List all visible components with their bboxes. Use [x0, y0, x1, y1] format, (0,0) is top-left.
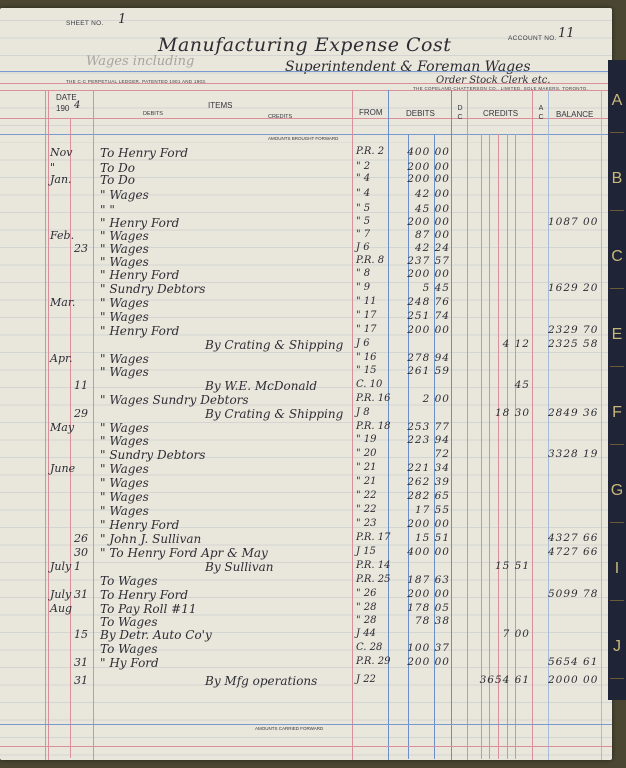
row-from: J 8 — [356, 407, 370, 418]
col-items-credits: CREDITS — [268, 114, 292, 120]
row-debit: 237 57 — [392, 255, 450, 267]
row-from: P.R. 18 — [356, 421, 391, 432]
col-dc: D C — [456, 104, 464, 122]
row-balance: 5654 61 — [548, 656, 598, 668]
row-item: " To Henry Ford Apr & May — [100, 546, 268, 560]
row-credit-item: By Sullivan — [205, 560, 274, 574]
rule-credits-sub5 — [515, 134, 516, 759]
col-ac: A C — [537, 104, 545, 122]
ledger-patent: THE C-C PERPETUAL LEDGER. PATENTED 1901 … — [66, 79, 207, 84]
row-from: " 17 — [356, 324, 377, 335]
row-item: " Wages — [100, 255, 149, 269]
row-item: " Wages — [100, 365, 149, 379]
spine-tab-c[interactable]: C — [610, 226, 624, 289]
row-debit: 42 24 — [392, 242, 450, 254]
row-item: " Sundry Debtors — [100, 448, 205, 462]
row-item: " Henry Ford — [100, 268, 179, 282]
row-from: " 20 — [356, 448, 377, 459]
row-item: " Wages — [100, 242, 149, 256]
row-month: Apr. — [50, 352, 73, 365]
row-item: To Wages — [100, 615, 158, 629]
row-item: " Wages — [100, 229, 149, 243]
row-day: 30 — [74, 546, 88, 559]
row-item: " Wages — [100, 490, 149, 504]
row-item: " Wages — [100, 296, 149, 310]
row-day: 15 — [74, 628, 88, 641]
row-month: July — [50, 560, 71, 573]
rule-balance-end — [601, 90, 602, 760]
row-debit: 100 37 — [392, 642, 450, 654]
row-from: P.R. 29 — [356, 656, 391, 667]
row-debit: 17 55 — [392, 504, 450, 516]
row-day: 11 — [74, 379, 88, 392]
row-debit: 253 77 — [392, 421, 450, 433]
row-from: C. 28 — [356, 642, 382, 653]
row-from: J 44 — [356, 628, 376, 639]
row-debit: 200 00 — [392, 173, 450, 185]
row-from: J 15 — [356, 546, 376, 557]
row-day: 31 — [74, 656, 88, 669]
col-year: 190 — [56, 104, 69, 113]
rule-credits-sub1 — [481, 134, 482, 759]
row-month: Jan. — [50, 173, 72, 186]
row-item: To Do — [100, 173, 135, 187]
row-debit: 261 59 — [392, 365, 450, 377]
row-from: " 7 — [356, 229, 370, 240]
row-from: " 15 — [356, 365, 377, 376]
row-from: " 19 — [356, 434, 377, 445]
spine-tab-f[interactable]: F — [610, 382, 624, 445]
row-debit: 200 00 — [392, 324, 450, 336]
row-from: " 16 — [356, 352, 377, 363]
row-balance: 2325 58 — [548, 338, 598, 350]
row-item: " Wages — [100, 434, 149, 448]
row-debit: 278 94 — [392, 352, 450, 364]
row-from: " 2 — [356, 161, 370, 172]
row-day: 31 — [74, 588, 88, 601]
row-balance: 2329 70 — [548, 324, 598, 336]
row-debit: 200 00 — [392, 656, 450, 668]
rule-margin-2 — [48, 90, 49, 760]
row-from: P.R. 17 — [356, 532, 391, 543]
row-balance: 5099 78 — [548, 588, 598, 600]
col-items-debits: DEBITS — [143, 111, 163, 117]
row-item: " Wages Sundry Debtors — [100, 393, 249, 407]
col-header-bottom — [0, 134, 612, 135]
row-from: " 4 — [356, 188, 370, 199]
row-from: P.R. 8 — [356, 255, 384, 266]
row-from: C. 10 — [356, 379, 382, 390]
row-debit: 282 65 — [392, 490, 450, 502]
col-debits: DEBITS — [406, 109, 435, 118]
row-item: " Henry Ford — [100, 216, 179, 230]
spine-tab-e[interactable]: E — [610, 304, 624, 367]
row-from: " 17 — [356, 310, 377, 321]
header-rule — [0, 71, 612, 72]
row-item: " John J. Sullivan — [100, 532, 201, 546]
rule-dc-end — [467, 90, 468, 760]
row-month: Nov — [50, 146, 72, 159]
row-item: " Hy Ford — [100, 656, 159, 670]
row-from: " 28 — [356, 615, 377, 626]
account-title: Manufacturing Expense Cost — [158, 34, 451, 56]
rule-debits-end — [451, 90, 452, 760]
row-debit: 178 05 — [392, 602, 450, 614]
rule-margin — [45, 90, 46, 760]
row-item: " Wages — [100, 188, 149, 202]
col-from: FROM — [359, 108, 383, 117]
row-item: " Wages — [100, 310, 149, 324]
row-from: " 11 — [356, 296, 377, 307]
row-from: " 28 — [356, 602, 377, 613]
row-from: " 8 — [356, 268, 370, 279]
row-day: 23 — [74, 242, 88, 255]
rule-date-end — [93, 90, 94, 760]
rule-day — [70, 118, 71, 758]
account-subtitle-2: Order Stock Clerk etc. — [436, 75, 551, 86]
account-number: 11 — [558, 26, 575, 41]
row-from: J 6 — [356, 338, 370, 349]
row-day: 29 — [74, 407, 88, 420]
row-debit: 87 00 — [392, 229, 450, 241]
row-from: J 6 — [356, 242, 370, 253]
sheet-label: SHEET NO. — [66, 20, 104, 27]
row-from: " 22 — [356, 504, 377, 515]
rule-credits-sub4 — [507, 134, 508, 759]
row-item: " Henry Ford — [100, 324, 179, 338]
row-month: Aug — [50, 602, 72, 615]
row-month: Feb. — [50, 229, 74, 242]
row-balance: 2849 36 — [548, 407, 598, 419]
row-debit: 200 00 — [392, 588, 450, 600]
spine-tab-b[interactable]: B — [610, 148, 624, 211]
rule-credits-end — [532, 90, 533, 760]
row-credit-item: By Crating & Shipping — [205, 407, 343, 421]
row-item: To Henry Ford — [100, 588, 188, 602]
row-debit: 45 00 — [392, 203, 450, 215]
row-debit: 200 00 — [392, 518, 450, 530]
row-balance: 1629 20 — [548, 282, 598, 294]
rule-items-end — [352, 90, 353, 760]
col-year-hand: 4 — [74, 100, 80, 111]
col-credits: CREDITS — [483, 109, 518, 118]
row-from: J 22 — [356, 674, 376, 685]
row-credit: 45 — [468, 379, 530, 391]
row-item: By Detr. Auto Co'y — [100, 628, 212, 642]
spine-tab-i[interactable]: I — [610, 538, 624, 601]
row-item: " " — [100, 203, 115, 217]
ledger-page: SHEET NO. 1 ACCOUNT NO. 11 Manufacturing… — [0, 8, 612, 760]
row-debit: 400 00 — [392, 546, 450, 558]
account-subtitle-faint: Wages including — [86, 54, 194, 69]
row-item: " Henry Ford — [100, 518, 179, 532]
row-debit: 78 38 — [392, 615, 450, 627]
row-from: " 4 — [356, 173, 370, 184]
row-from: " 21 — [356, 476, 377, 487]
row-from: P.R. 14 — [356, 560, 391, 571]
row-debit: 223 94 — [392, 434, 450, 446]
row-debit: 200 00 — [392, 216, 450, 228]
row-debit: 5 45 — [392, 282, 450, 294]
row-month: May — [50, 421, 74, 434]
footer-rule-red — [0, 746, 612, 747]
row-from: " 9 — [356, 282, 370, 293]
row-debit: 15 51 — [392, 532, 450, 544]
rule-credits-sub3 — [498, 134, 499, 759]
row-debit: 187 63 — [392, 574, 450, 586]
row-balance: 4727 66 — [548, 546, 598, 558]
index-spine: ABCEFGIJ — [608, 60, 626, 700]
row-credit-item: By W.E. McDonald — [205, 379, 317, 393]
rule-credits-sub2 — [489, 134, 490, 759]
row-item: " Wages — [100, 476, 149, 490]
row-from: P.R. 2 — [356, 146, 384, 157]
row-item: " Wages — [100, 352, 149, 366]
spine-tab-j[interactable]: J — [610, 616, 624, 679]
row-balance: 2000 00 — [548, 674, 598, 686]
amounts-brought-forward: AMOUNTS BROUGHT FORWARD — [268, 136, 338, 141]
row-from: " 26 — [356, 588, 377, 599]
row-from: " 5 — [356, 216, 370, 227]
row-day: 1 — [74, 560, 81, 573]
footer-rule — [0, 724, 612, 725]
row-from: P.R. 25 — [356, 574, 391, 585]
row-month: Mar. — [50, 296, 75, 309]
row-day: 31 — [74, 674, 88, 687]
row-credit: 3654 61 — [468, 674, 530, 686]
account-label: ACCOUNT NO. — [508, 35, 557, 42]
row-debit: 221 34 — [392, 462, 450, 474]
col-header-mid — [0, 118, 612, 119]
row-balance: 1087 00 — [548, 216, 598, 228]
row-from: " 21 — [356, 462, 377, 473]
row-item: " Sundry Debtors — [100, 282, 205, 296]
row-month: June — [50, 462, 75, 475]
row-debit: 262 39 — [392, 476, 450, 488]
row-from: P.R. 16 — [356, 393, 391, 404]
col-header-top — [0, 90, 612, 91]
amounts-carried-forward: AMOUNTS CARRIED FORWARD — [255, 726, 323, 731]
row-from: " 23 — [356, 518, 377, 529]
row-item: To Pay Roll #11 — [100, 602, 196, 616]
row-credit-item: By Mfg operations — [205, 674, 317, 688]
row-day: 26 — [74, 532, 88, 545]
row-debit: 2 00 — [392, 393, 450, 405]
row-debit: 42 00 — [392, 188, 450, 200]
col-items: ITEMS — [208, 101, 232, 110]
row-debit: 72 — [392, 448, 450, 460]
row-debit: 400 00 — [392, 146, 450, 158]
row-credit: 15 51 — [468, 560, 530, 572]
row-from: " 5 — [356, 203, 370, 214]
row-month: July — [50, 588, 71, 601]
sheet-number: 1 — [118, 12, 126, 27]
row-debit: 248 76 — [392, 296, 450, 308]
row-from: " 22 — [356, 490, 377, 501]
row-item: " Wages — [100, 462, 149, 476]
spine-tab-a[interactable]: A — [610, 70, 624, 133]
row-credit: 4 12 — [468, 338, 530, 350]
col-balance: BALANCE — [556, 110, 593, 119]
row-credit-item: By Crating & Shipping — [205, 338, 343, 352]
row-balance: 3328 19 — [548, 448, 598, 460]
spine-tab-g[interactable]: G — [610, 460, 624, 523]
row-credit: 7 00 — [468, 628, 530, 640]
row-debit: 200 00 — [392, 161, 450, 173]
row-credit: 18 30 — [468, 407, 530, 419]
row-item: To Wages — [100, 574, 158, 588]
row-item: " Wages — [100, 421, 149, 435]
row-debit: 251 74 — [392, 310, 450, 322]
row-item: " Wages — [100, 504, 149, 518]
row-item: To Wages — [100, 642, 158, 656]
account-subtitle: Superintendent & Foreman Wages — [285, 59, 531, 75]
row-item: To Henry Ford — [100, 146, 188, 160]
row-debit: 200 00 — [392, 268, 450, 280]
row-balance: 4327 66 — [548, 532, 598, 544]
